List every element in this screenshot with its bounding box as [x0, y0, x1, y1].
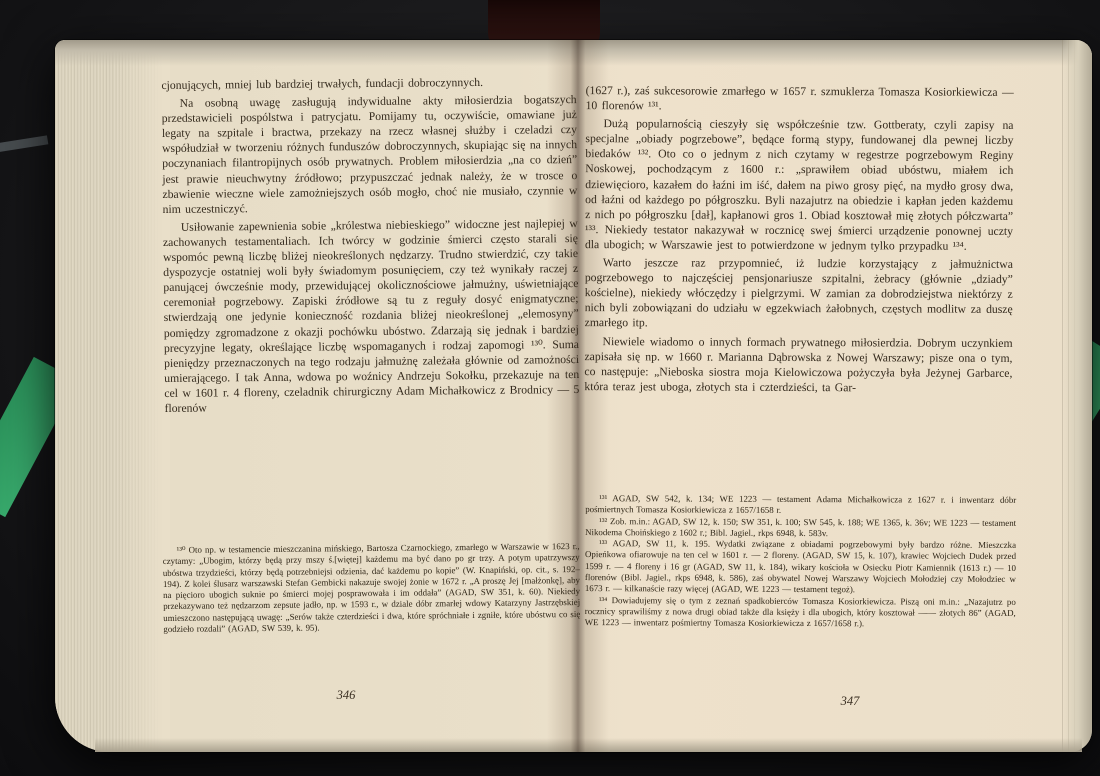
- paragraph: Niewiele wiadomo o innych formach prywat…: [584, 334, 1012, 396]
- page-edges-right: [1062, 40, 1092, 752]
- page-number-right: 347: [790, 694, 910, 709]
- paragraph: cjonujących, mniej lub bardziej trwałych…: [161, 74, 576, 93]
- left-page-footnotes: ¹³⁰ Oto np. w testamencie mieszczanina m…: [163, 541, 581, 635]
- footnote-133: ¹³³ AGAD, SW 11, k. 195. Wydatki związan…: [585, 538, 1016, 596]
- right-page-footnotes: ¹³¹ AGAD, SW 542, k. 134; WE 1223 — test…: [585, 493, 1017, 630]
- gray-stripe-decoration: [0, 135, 48, 153]
- footnote-132: ¹³² Zob. m.in.: AGAD, SW 12, k. 150; SW …: [585, 516, 1016, 540]
- page-edges-left: [55, 40, 170, 752]
- page-number-left: 346: [286, 688, 406, 703]
- paragraph: Warto jeszcze raz przypomnieć, iż ludzie…: [585, 255, 1013, 332]
- open-book: cjonujących, mniej lub bardziej trwałych…: [55, 40, 1092, 752]
- footnote-130: ¹³⁰ Oto np. w testamencie mieszczanina m…: [163, 541, 581, 635]
- paragraph: Dużą popularnością cieszyły się współcze…: [585, 116, 1014, 254]
- footnote-131: ¹³¹ AGAD, SW 542, k. 134; WE 1223 — test…: [585, 493, 1016, 517]
- right-page-body: (1627 r.), zaś sukcesorowie zmarłego w 1…: [584, 83, 1013, 399]
- left-page-body: cjonujących, mniej lub bardziej trwałych…: [161, 74, 579, 419]
- photo-background: cjonujących, mniej lub bardziej trwałych…: [0, 0, 1100, 776]
- paragraph: Usiłowanie zapewnienia sobie „królestwa …: [163, 216, 580, 416]
- footnote-134: ¹³⁴ Dowiadujemy się o tym z zeznań spadk…: [585, 595, 1016, 631]
- paragraph: (1627 r.), zaś sukcesorowie zmarłego w 1…: [586, 83, 1014, 115]
- paragraph: Na osobną uwagę zasługują indywidualne a…: [162, 92, 578, 217]
